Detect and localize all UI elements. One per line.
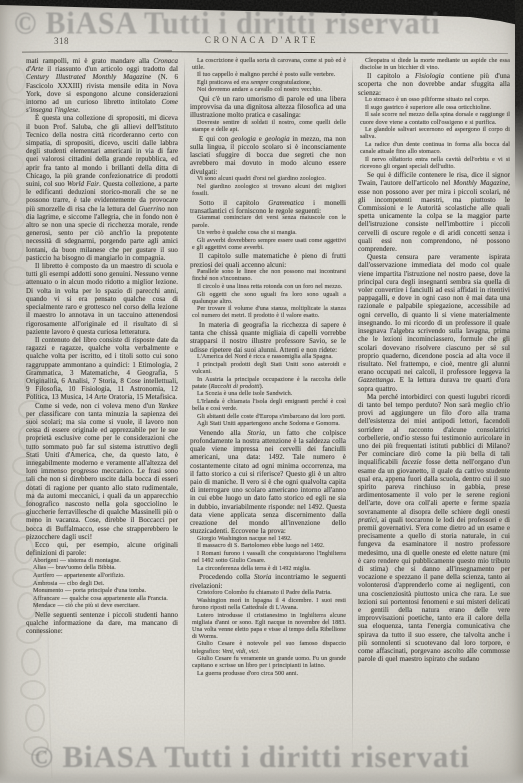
quote-line: Il circolo è una linea retta rotonda con… <box>192 284 346 291</box>
quote-line: Noi dovremo andare a cavallo col nostro … <box>192 87 346 94</box>
quote-line: Nel giardino zoologico si trovano alcuni… <box>192 184 346 198</box>
paragraph: È questa una collezione di spropositi, m… <box>26 114 178 262</box>
quote-line: L'America del Nord è ricca e rassomiglia… <box>192 354 346 361</box>
paragraph: Ecco qui, per esempio, alcune originali … <box>26 541 178 557</box>
text-column-1: mati rampolli, mi è grato mandare alla C… <box>26 57 178 759</box>
text-column-2: La coscrizione è quella sorta di carovan… <box>190 57 346 759</box>
text-column-3: Cleopatra si diede la morte mediante un … <box>358 57 510 759</box>
paragraph: Il capitolo sulle matematiche è pieno di… <box>190 252 346 268</box>
quote-line: La Scozia è una delle isole Sandwich. <box>192 391 346 398</box>
scanned-page: 318 CRONACA D'ARTE mati rampolli, mi è g… <box>0 0 523 783</box>
scan-edge-top <box>0 0 523 26</box>
paragraph: Ma perché intorbidirci con questi lugubr… <box>358 393 510 664</box>
quote-line: La radice d'un dente continua in forma a… <box>360 142 510 156</box>
quote-line: I Romani furono i vassalli che conquista… <box>192 551 346 565</box>
quote-line: Aborigeni — sistema di montagne. <box>28 558 178 565</box>
quote-line: Gli oggetti che sono uguali fra loro son… <box>192 292 346 306</box>
quote-line: L'Irlanda è chiamata l'isola degli emigr… <box>192 399 346 413</box>
quote-line: Giulio Cesare fu veramente un grande uom… <box>192 656 346 670</box>
quote-line: Washington morì in Ispagna il 4 dicembre… <box>192 598 346 612</box>
paragraph: Il capitolo a Fisiologia contiene più d'… <box>358 72 510 97</box>
quote-line: La guerra produsse d'oro circa 500 anni. <box>192 671 346 678</box>
quote-line: Parallele sono le linee che non possono … <box>192 269 346 283</box>
quote-line: Il nervo olfattorio entra nella cavità d… <box>360 157 510 171</box>
paragraph: mati rampolli, mi è grato mandare alla C… <box>26 57 178 114</box>
quote-line: Cleopatra si diede la morte mediante un … <box>360 58 510 72</box>
quote-line: Le glandole salivari secernono ed asperg… <box>360 127 510 141</box>
quote-line: Alias — brav'uomo della Bibbia. <box>28 565 178 572</box>
quote-line: Il sugo gastrico è superiore alle ossa o… <box>360 105 510 112</box>
quote-line: Per trovare il volume d'una stanza, molt… <box>192 306 346 320</box>
paragraph: Procedendo colla Storia incontriamo le s… <box>190 573 346 589</box>
masthead-title: CRONACA D'ARTE <box>0 35 523 45</box>
quote-line: La coscrizione è quella sorta di carovan… <box>192 58 346 72</box>
paragraph: Il libretto è composto da un maestro di … <box>26 262 178 336</box>
paragraph: Qui c'è un raro umorismo di parole ed un… <box>190 95 346 120</box>
paragraph: Sotto il capitolo Grammatica i monelli t… <box>190 199 346 215</box>
quote-line: Dovreste sentire di soldati il nostro, c… <box>192 120 346 134</box>
quote-line: Cristoforo Colombo fu chiamato il Padre … <box>192 590 346 597</box>
quote-line: La circonferenza della terra è di 1492 m… <box>192 566 346 573</box>
paragraph: E qui con geologia e geologia in mezzo, … <box>190 135 346 176</box>
paragraph: In materia di geografia la ricchezza di … <box>190 321 346 354</box>
scan-edge-bottom <box>0 772 523 783</box>
paragraph: Come si vede, non ci voleva meno d'un Ya… <box>26 402 178 541</box>
paragraph: Il contenuto del libro consiste di rispo… <box>26 336 178 402</box>
paragraph: Questa censura pare veramente ispirata d… <box>358 253 510 392</box>
quote-line: Aurifero — appartenente all'orifizio. <box>28 573 178 580</box>
quote-line: Il tuo cappello è maligno perché è posto… <box>192 72 346 79</box>
quote-line: Egli praticava ed era sempre congratulaz… <box>192 80 346 87</box>
quote-line: Lutero introdusse il cristianesimo in In… <box>192 613 346 641</box>
quote-line: Giammai cominciare dei versi senza maius… <box>192 215 346 229</box>
quote-line: Ambrosia — cibo degli Dei. <box>28 581 178 588</box>
quote-line: Gli abitanti delle coste d'Europa s'imba… <box>192 414 346 421</box>
paragraph: Nelle seguenti sentenze i piccoli studen… <box>26 611 178 636</box>
quote-line: Il sale scorre nel mezzo della spina dor… <box>360 112 510 126</box>
quote-line: Il massacro di S. Bartolomeo ebbe luogo … <box>192 543 346 550</box>
quote-line: Agli Stati Uniti appartengono anche Sodo… <box>192 421 346 428</box>
paragraph: Venendo alla Storia, un fatto che colpis… <box>190 429 346 536</box>
header-rule <box>108 51 508 54</box>
quote-line: Giorgio Washington nacque nel 1492. <box>192 536 346 543</box>
quote-line: Vi sono alcuni quadri d'orsi nel giardin… <box>192 176 346 183</box>
quote-line: I principali prodotti degli Stati Uniti … <box>192 362 346 376</box>
quote-line: In Austria la principale occupazione è l… <box>192 377 346 391</box>
paragraph: Se qui è difficile contenere le risa, di… <box>358 171 510 253</box>
quote-line: Mendace — ciò che più si deve esercitare… <box>28 603 178 610</box>
article-body: mati rampolli, mi è grato mandare alla C… <box>26 57 510 759</box>
quote-line: Monumento — porta principale d'una tomba… <box>28 588 178 595</box>
quote-line: Lo stomaco è un osso piliforme situato n… <box>360 97 510 104</box>
quote-line: Gli avverbi dovrebbero sempre essere usa… <box>192 238 346 252</box>
scan-edge-right <box>515 0 523 190</box>
quote-line: Un verbo è qualche cosa che si mangia. <box>192 230 346 237</box>
quote-line: Affrancare — qualche cosa appartenente a… <box>28 596 178 603</box>
quote-line: Giulio Cesare è notevole pel suo famoso … <box>192 641 346 655</box>
